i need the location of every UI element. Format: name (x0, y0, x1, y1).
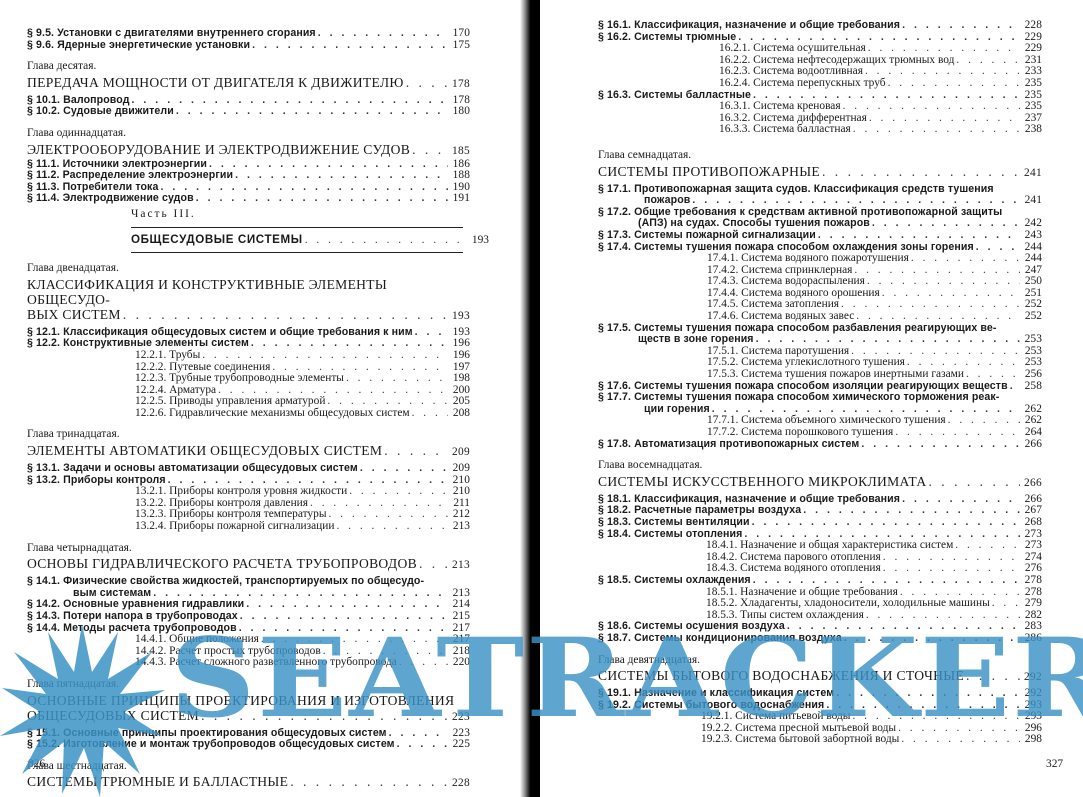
chapter-title-line[interactable]: КЛАССИФИКАЦИЯ И КОНСТРУКТИВНЫЕ ЭЛЕМЕНТЫ … (27, 277, 470, 307)
toc-subentry[interactable]: 18.4.1. Назначение и общая характеристик… (598, 540, 1042, 552)
toc-subentry[interactable]: 16.3.1. Система креновая235 (598, 101, 1042, 113)
toc-entry[interactable]: § 9.6. Ядерные энергетические установки1… (27, 40, 470, 52)
toc-subentry[interactable]: 18.5.2. Хладагенты, хладоносители, холод… (598, 598, 1042, 610)
toc-subentry[interactable]: 12.2.3. Трубные трубопроводные элементы1… (27, 373, 470, 385)
toc-subentry[interactable]: 17.4.6. Система водяных завес252 (598, 311, 1042, 323)
chapter-label: Глава тринадцатая. (27, 429, 470, 441)
chapter-label: Глава двенадцатая. (27, 263, 470, 275)
toc-subentry[interactable]: 17.4.1. Система водяного пожаротушения24… (598, 253, 1042, 265)
toc-entry[interactable]: § 17.8. Автоматизация противопожарных си… (598, 439, 1042, 451)
chapter-title[interactable]: СИСТЕМЫ ПРОТИВОПОЖАРНЫЕ241 (598, 164, 1042, 181)
chapter-title[interactable]: ЭЛЕМЕНТЫ АВТОМАТИКИ ОБЩЕСУДОВЫХ СИСТЕМ20… (27, 443, 470, 460)
toc-subentry[interactable]: 12.2.1. Трубы196 (27, 350, 470, 362)
chapter-label: Глава четырнадцатая. (27, 543, 470, 555)
toc-subentry[interactable]: 16.3.3. Система балластная238 (598, 124, 1042, 136)
chapter-title-line[interactable]: ОСНОВНЫЕ ПРИНЦИПЫ ПРОЕКТИРОВАНИЯ И ИЗГОТ… (27, 693, 470, 708)
part-label: Часть III. (131, 209, 470, 221)
part-title[interactable]: ОБЩЕСУДОВЫЕ СИСТЕМЫ193 (131, 228, 489, 253)
toc-subentry[interactable]: 19.2.3. Система бытовой забортной воды29… (598, 734, 1042, 746)
left-page: § 9.5. Установки с двигателями внутренне… (0, 0, 524, 797)
divider (131, 252, 463, 253)
table-of-contents-right: § 16.1. Классификация, назначение и общи… (598, 20, 1042, 746)
chapter-title[interactable]: ЭЛЕКТРООБОРУДОВАНИЕ И ЭЛЕКТРОДВИЖЕНИЕ СУ… (27, 142, 470, 159)
chapter-title[interactable]: ОБЩЕСУДОВЫХ СИСТЕМ223 (27, 708, 470, 725)
toc-entry[interactable]: § 18.7. Системы кондиционирования воздух… (598, 633, 1042, 645)
chapter-title[interactable]: СИСТЕМЫ ТРЮМНЫЕ И БАЛЛАСТНЫЕ228 (27, 774, 470, 791)
chapter-title[interactable]: ОСНОВЫ ГИДРАВЛИЧЕСКОГО РАСЧЕТА ТРУБОПРОВ… (27, 556, 470, 573)
toc-subentry[interactable]: 12.2.6. Гидравлические механизмы общесуд… (27, 408, 470, 420)
page-number: 327 (1046, 758, 1063, 770)
right-page: § 16.1. Классификация, назначение и общи… (540, 0, 1083, 797)
chapter-label: Глава одиннадцатая. (27, 128, 470, 140)
chapter-title[interactable]: СИСТЕМЫ ИСКУССТВЕННОГО МИКРОКЛИМАТА266 (598, 474, 1042, 491)
toc-subentry[interactable]: 14.4.3. Расчет сложного разветвленного т… (27, 657, 470, 669)
toc-entry[interactable]: § 15.2. Изготовление и монтаж трубопрово… (27, 739, 470, 751)
chapter-title[interactable]: СИСТЕМЫ БЫТОВОГО ВОДОСНАБЖЕНИЯ И СТОЧНЫЕ… (598, 668, 1042, 685)
page-number: 326 (28, 758, 45, 770)
chapter-label: Глава девятнадцатая. (598, 655, 1042, 667)
chapter-label: Глава десятая. (27, 61, 470, 73)
chapter-title[interactable]: ВЫХ СИСТЕМ193 (27, 307, 470, 324)
chapter-label: Глава семнадцатая. (598, 150, 1042, 162)
toc-entry[interactable]: § 18.5. Системы охлаждения278 (598, 575, 1042, 587)
toc-entry[interactable]: § 10.2. Судовые движители180 (27, 106, 470, 118)
part-heading: Часть III. ОБЩЕСУДОВЫЕ СИСТЕМЫ193 (27, 209, 470, 253)
chapter-title[interactable]: ПЕРЕДАЧА МОЩНОСТИ ОТ ДВИГАТЕЛЯ К ДВИЖИТЕ… (27, 75, 470, 92)
chapter-label: Глава шестнадцатая. (27, 761, 470, 773)
toc-entry[interactable]: пожаров241 (598, 195, 1042, 207)
toc-entry[interactable]: § 11.4. Электродвижение судов191 (27, 193, 470, 205)
chapter-label: Глава восемнадцатая. (598, 460, 1042, 472)
table-of-contents-left: § 9.5. Установки с двигателями внутренне… (27, 28, 470, 794)
chapter-label: Глава пятнадцатая. (27, 679, 470, 691)
toc-subentry[interactable]: 13.2.4. Приборы пожарной сигнализации213 (27, 521, 470, 533)
toc-entry[interactable]: § 12.2. Конструктивные элементы систем19… (27, 338, 470, 350)
